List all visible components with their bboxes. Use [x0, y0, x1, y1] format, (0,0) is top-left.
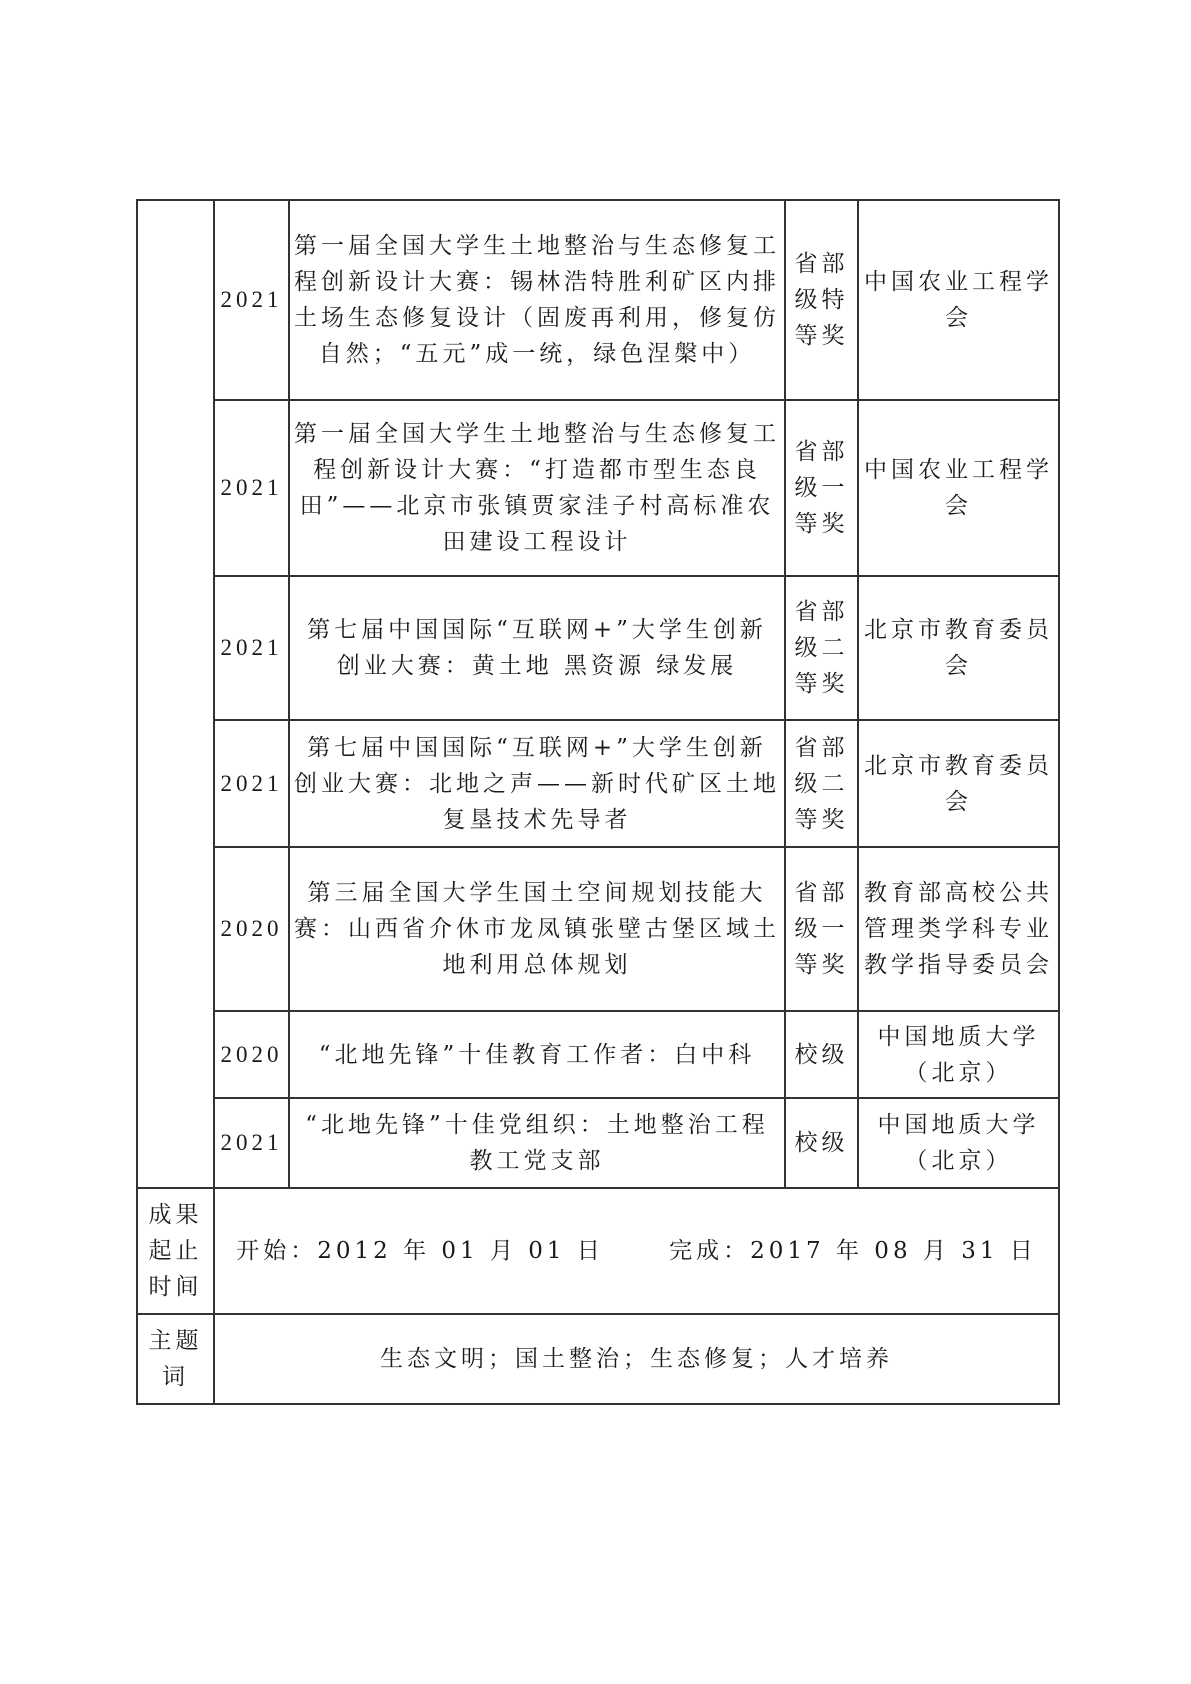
- table-row: 2020 第三届全国大学生国土空间规划技能大赛：山西省介休市龙凤镇张壁古堡区域土…: [137, 847, 1059, 1011]
- keywords-label: 主题词: [137, 1314, 214, 1404]
- table-row: 2021 第七届中国国际“互联网+”大学生创新创业大赛：北地之声——新时代矿区土…: [137, 720, 1059, 847]
- award-level: 省部级一等奖: [785, 847, 858, 1011]
- award-title: 第三届全国大学生国土空间规划技能大赛：山西省介休市龙凤镇张壁古堡区域土地利用总体…: [289, 847, 785, 1011]
- table-row: 2021 第一届全国大学生土地整治与生态修复工程创新设计大赛：锡林浩特胜利矿区内…: [137, 200, 1059, 400]
- period-value: 开始：2012 年 01 月 01 日 完成：2017 年 08 月 31 日: [214, 1188, 1059, 1314]
- award-level: 省部级二等奖: [785, 576, 858, 720]
- award-year: 2020: [214, 1011, 289, 1098]
- keywords-row: 主题词 生态文明；国土整治；生态修复；人才培养: [137, 1314, 1059, 1404]
- award-issuer: 教育部高校公共管理类学科专业教学指导委员会: [858, 847, 1059, 1011]
- period-label: 成果起止时间: [137, 1188, 214, 1314]
- award-title: 第一届全国大学生土地整治与生态修复工程创新设计大赛：锡林浩特胜利矿区内排土场生态…: [289, 200, 785, 400]
- award-year: 2021: [214, 200, 289, 400]
- award-issuer: 中国农业工程学会: [858, 400, 1059, 576]
- awards-table: 2021 第一届全国大学生土地整治与生态修复工程创新设计大赛：锡林浩特胜利矿区内…: [136, 199, 1060, 1405]
- award-level: 校级: [785, 1098, 858, 1188]
- award-issuer: 中国地质大学（北京）: [858, 1011, 1059, 1098]
- award-level: 省部级一等奖: [785, 400, 858, 576]
- award-year: 2021: [214, 576, 289, 720]
- row-label-cell: [137, 200, 214, 1188]
- award-title: 第七届中国国际“互联网+”大学生创新创业大赛：黄土地 黑资源 绿发展: [289, 576, 785, 720]
- award-issuer: 北京市教育委员会: [858, 576, 1059, 720]
- award-level: 省部级二等奖: [785, 720, 858, 847]
- award-year: 2021: [214, 720, 289, 847]
- table-row: 2020 “北地先锋”十佳教育工作者：白中科 校级 中国地质大学（北京）: [137, 1011, 1059, 1098]
- award-level: 省部级特等奖: [785, 200, 858, 400]
- keywords-value: 生态文明；国土整治；生态修复；人才培养: [214, 1314, 1059, 1404]
- award-level: 校级: [785, 1011, 858, 1098]
- award-year: 2021: [214, 400, 289, 576]
- award-title: 第七届中国国际“互联网+”大学生创新创业大赛：北地之声——新时代矿区土地复垦技术…: [289, 720, 785, 847]
- table-row: 2021 第一届全国大学生土地整治与生态修复工程创新设计大赛：“打造都市型生态良…: [137, 400, 1059, 576]
- table-row: 2021 第七届中国国际“互联网+”大学生创新创业大赛：黄土地 黑资源 绿发展 …: [137, 576, 1059, 720]
- award-title: 第一届全国大学生土地整治与生态修复工程创新设计大赛：“打造都市型生态良田”——北…: [289, 400, 785, 576]
- award-issuer: 中国地质大学（北京）: [858, 1098, 1059, 1188]
- table-row: 2021 “北地先锋”十佳党组织：土地整治工程教工党支部 校级 中国地质大学（北…: [137, 1098, 1059, 1188]
- award-title: “北地先锋”十佳教育工作者：白中科: [289, 1011, 785, 1098]
- award-issuer: 中国农业工程学会: [858, 200, 1059, 400]
- award-issuer: 北京市教育委员会: [858, 720, 1059, 847]
- award-year: 2020: [214, 847, 289, 1011]
- award-title: “北地先锋”十佳党组织：土地整治工程教工党支部: [289, 1098, 785, 1188]
- period-row: 成果起止时间 开始：2012 年 01 月 01 日 完成：2017 年 08 …: [137, 1188, 1059, 1314]
- award-year: 2021: [214, 1098, 289, 1188]
